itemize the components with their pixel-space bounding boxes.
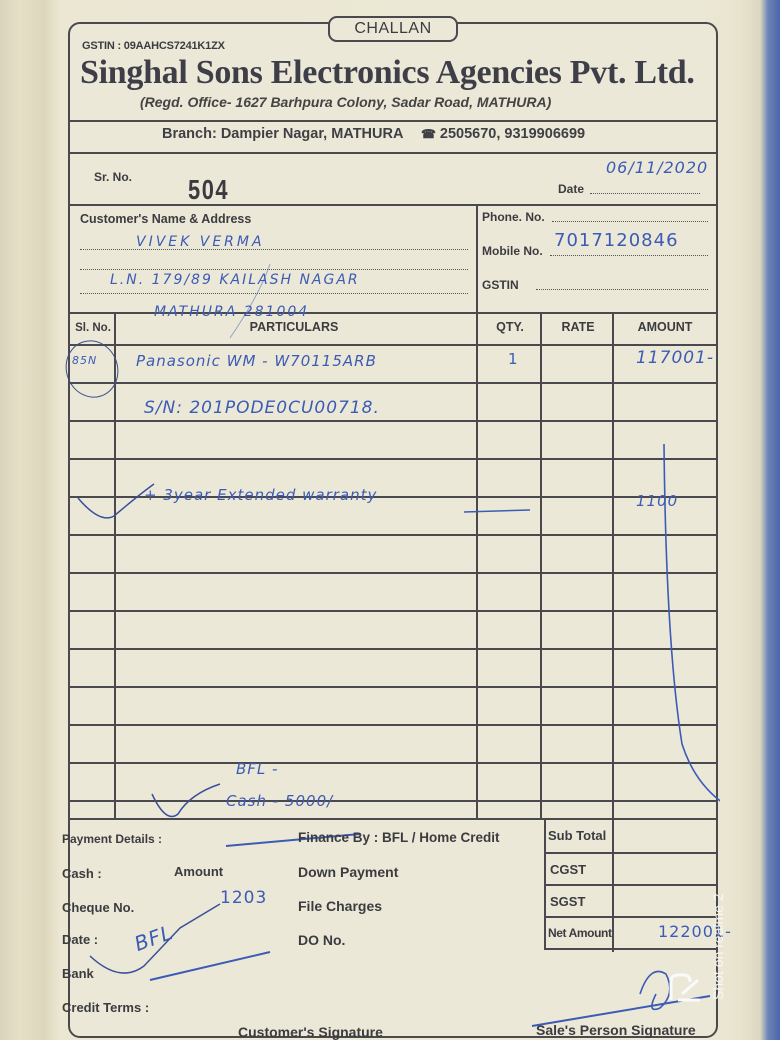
table-row-qty: 1	[508, 350, 519, 368]
net-amount-label: Net Amount	[548, 926, 612, 940]
col-particulars: PARTICULARS	[114, 320, 474, 334]
company-name: Singhal Sons Electronics Agencies Pvt. L…	[80, 54, 720, 92]
finance-by-label: Finance By : BFL / Home Credit	[298, 830, 500, 845]
table-row-line	[70, 648, 716, 650]
table-row-amount: 1100	[636, 492, 678, 510]
payment-details-label: Payment Details :	[62, 832, 162, 846]
table-row-line	[70, 686, 716, 688]
challan-form: CHALLAN GSTIN : 09AAHCS7241K1ZX Singhal …	[68, 22, 718, 1038]
branch-phones: 2505670, 9319906699	[440, 126, 585, 142]
divider	[70, 204, 716, 206]
table-note-cash: Cash - 5000/	[226, 792, 333, 810]
col-rate: RATE	[542, 320, 614, 334]
watermark-text: Shot on realme 2	[710, 893, 726, 1000]
totals-line	[544, 852, 614, 854]
do-no-label: DO No.	[298, 932, 345, 948]
table-row-line	[70, 610, 716, 612]
table-header-divider	[70, 344, 716, 346]
col-amount: AMOUNT	[614, 320, 716, 334]
table-row-line	[70, 724, 716, 726]
date-label: Date	[558, 182, 584, 196]
telephone-icon: ☎	[421, 127, 436, 141]
company-gstin: GSTIN : 09AAHCS7241K1ZX	[82, 40, 225, 52]
date-value[interactable]: 06/11/2020	[606, 158, 708, 177]
table-row-line	[70, 762, 716, 764]
sub-total-label: Sub Total	[548, 828, 606, 843]
table-column-line	[114, 312, 116, 818]
branch-line: Branch: Dampier Nagar, MATHURA ☎ 2505670…	[162, 126, 585, 142]
phone-label: Phone. No.	[482, 210, 545, 224]
address-dotted-line	[80, 292, 468, 294]
sr-no-value: 504	[188, 174, 229, 206]
sgst-label: SGST	[550, 894, 585, 909]
table-row-line	[70, 420, 716, 422]
sr-no-label: Sr. No.	[94, 170, 132, 184]
cgst-label: CGST	[550, 862, 586, 877]
totals-box-left	[544, 818, 546, 950]
table-row-particulars: + 3year Extended warranty	[144, 486, 377, 504]
col-qty: QTY.	[478, 320, 542, 334]
salesperson-signature-label: Sale's Person Signature	[536, 1022, 696, 1038]
mobile-label: Mobile No.	[482, 244, 543, 258]
mobile-dotted-line	[550, 254, 708, 256]
table-row-line	[70, 800, 716, 802]
challan-page: CHALLAN GSTIN : 09AAHCS7241K1ZX Singhal …	[68, 12, 718, 1040]
cheque-no-label: Cheque No.	[62, 900, 134, 915]
credit-terms-label: Credit Terms :	[62, 1000, 149, 1015]
totals-line	[544, 884, 716, 886]
phone-dotted-line[interactable]	[552, 220, 708, 222]
gstin-dotted-line[interactable]	[536, 288, 708, 290]
realme-logo-icon	[668, 972, 702, 1002]
bank-note: BFL	[131, 920, 176, 956]
totals-line	[544, 948, 716, 950]
address-dotted-line	[80, 268, 468, 270]
table-column-line	[476, 312, 478, 818]
file-charges-label: File Charges	[298, 898, 382, 914]
table-note-bfl: BFL -	[236, 760, 278, 778]
table-column-line	[612, 312, 614, 952]
divider	[70, 818, 716, 820]
customer-signature-label: Customer's Signature	[238, 1024, 383, 1040]
totals-line	[544, 916, 716, 918]
table-row-line	[70, 382, 716, 384]
down-payment-label: Down Payment	[298, 864, 398, 880]
gstin-label: GSTIN	[482, 278, 519, 292]
divider	[70, 120, 716, 122]
customer-address-line1[interactable]: L.N. 179/89 KAILASH NAGAR	[110, 272, 360, 288]
table-row-sl: 85N	[72, 354, 97, 367]
table-row-amount: 117001-	[636, 348, 714, 368]
col-sl-no: Sl. No.	[72, 322, 114, 334]
table-row-particulars: S/N: 201PODE0CU00718.	[144, 398, 380, 418]
divider	[476, 204, 478, 312]
totals-line	[612, 852, 716, 854]
file-charges-value[interactable]: 1203	[220, 888, 267, 908]
branch-address: Branch: Dampier Nagar, MATHURA	[162, 126, 403, 142]
table-row-line	[70, 534, 716, 536]
challan-badge: CHALLAN	[328, 16, 458, 42]
mobile-value[interactable]: 7017120846	[554, 230, 679, 251]
cash-label: Cash :	[62, 866, 102, 881]
date-dotted-line	[590, 192, 700, 194]
table-column-line	[540, 312, 542, 818]
divider	[70, 152, 716, 154]
customer-name[interactable]: VIVEK VERMA	[136, 234, 265, 250]
customer-name-address-label: Customer's Name & Address	[80, 212, 251, 226]
payment-date-label: Date :	[62, 932, 98, 947]
amount-label: Amount	[174, 864, 223, 879]
table-row-particulars: Panasonic WM - W70115ARB	[136, 352, 377, 370]
regd-office: (Regd. Office- 1627 Barhpura Colony, Sad…	[140, 94, 551, 110]
table-row-line	[70, 572, 716, 574]
bank-label: Bank	[62, 966, 94, 981]
table-row-line	[70, 458, 716, 460]
customer-address-line2[interactable]: MATHURA 281004	[154, 304, 309, 320]
